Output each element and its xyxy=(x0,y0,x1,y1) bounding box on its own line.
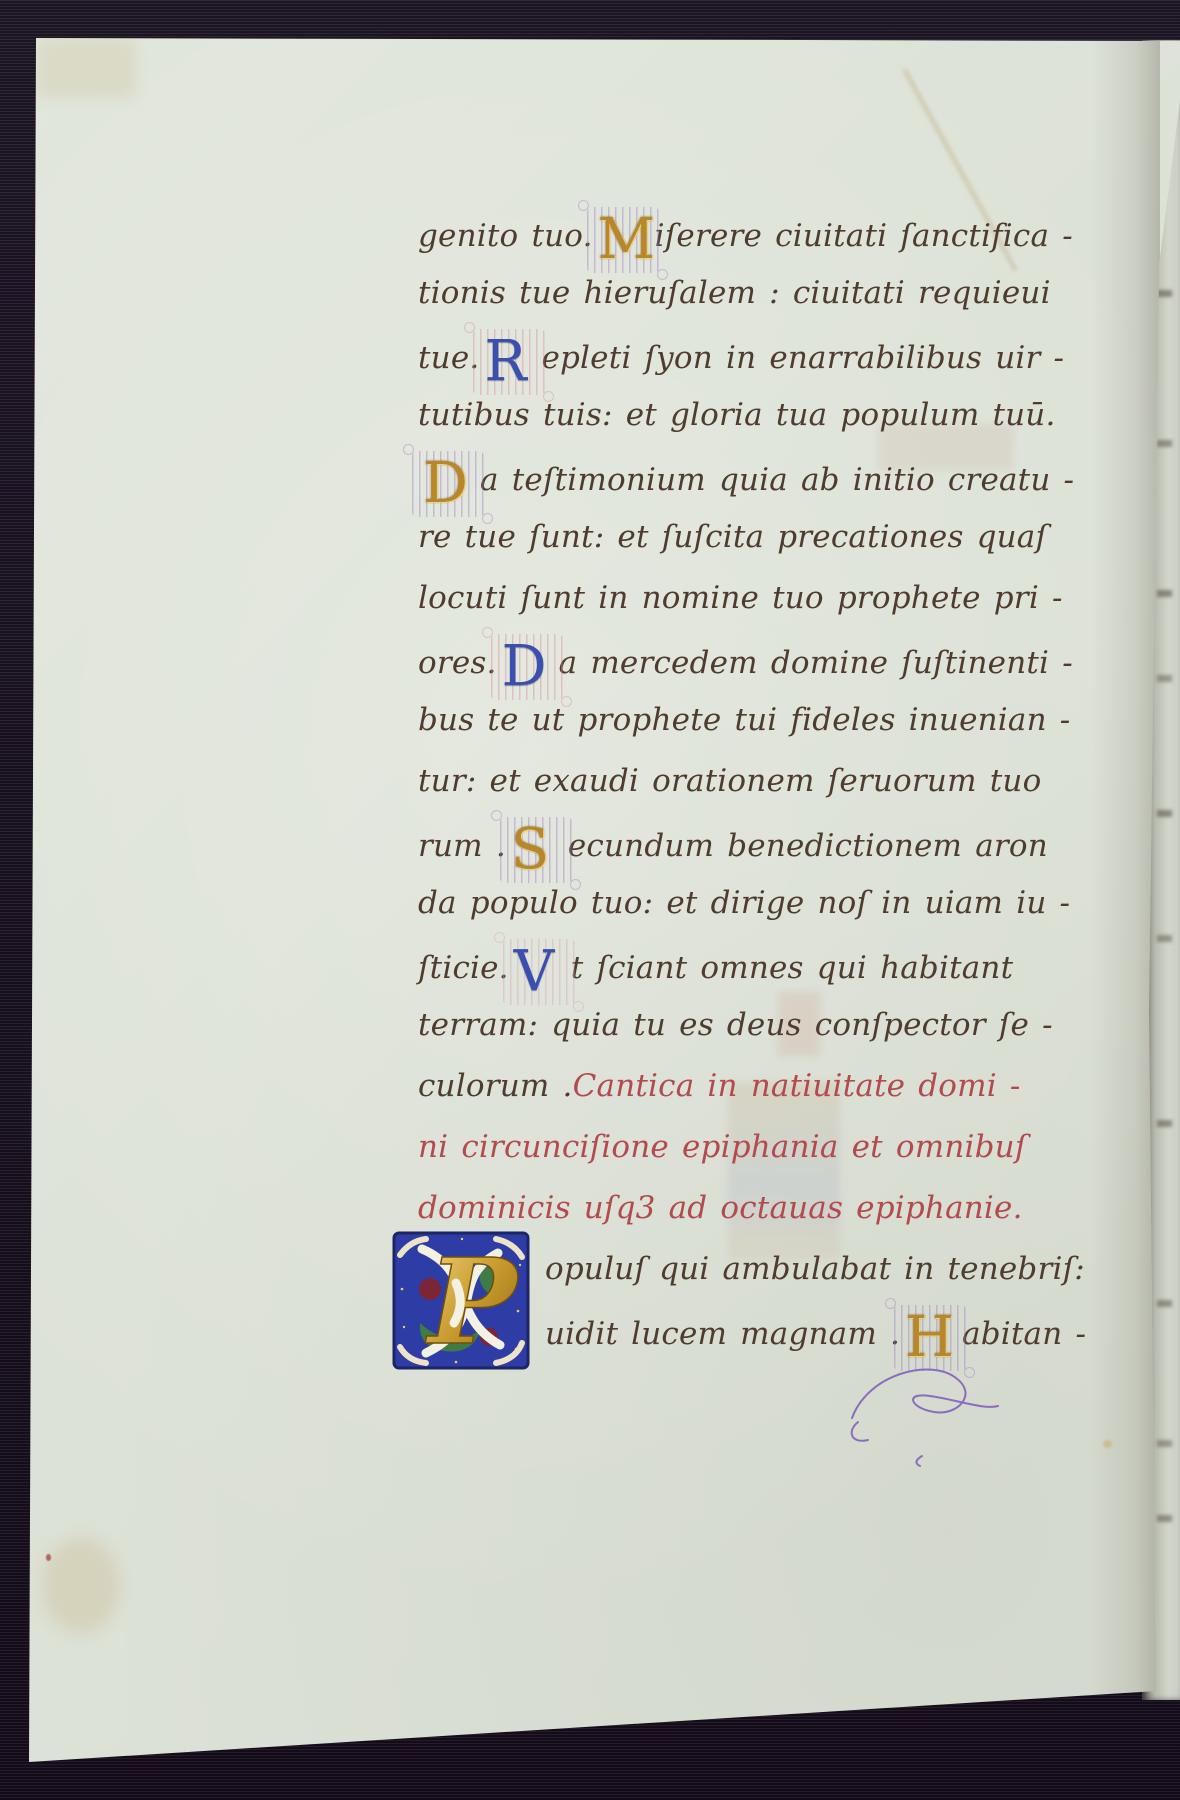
body-text: tionis tue hieruſalem : ciuitati requieu… xyxy=(418,275,1051,311)
text-line: terram: quia tu es deus conſpector ſe - xyxy=(418,1005,1053,1049)
facing-page-text-blur xyxy=(1157,290,1172,297)
text-line: re tue ſunt: et ſuſcita precationes quaſ xyxy=(418,517,1047,561)
body-text: ores. xyxy=(418,645,497,681)
body-text: terram: quia tu es deus conſpector ſe - xyxy=(418,1007,1053,1043)
text-line: Da teſtimonium quia ab initio creatu - xyxy=(418,456,1074,500)
body-text: a mercedem domine ſuſtinenti - xyxy=(559,645,1073,681)
body-text: genito tuo. xyxy=(418,218,593,254)
initial-letter: D xyxy=(502,634,547,699)
versal-initial-v: V xyxy=(514,944,564,1000)
versal-initial-d: D xyxy=(423,456,473,512)
text-line: rum .Secundum benedictionem aron xyxy=(418,822,1048,866)
text-line: bus te ut prophete tui fideles inuenian … xyxy=(418,700,1071,744)
text-line: da populo tuo: et dirige noſ in uiam iu … xyxy=(418,883,1070,927)
initial-letter: V xyxy=(514,939,555,1004)
corner-stain xyxy=(36,38,136,98)
body-text: locuti ſunt in nomine tuo prophete pri - xyxy=(418,580,1063,616)
initial-letter: M xyxy=(598,207,656,272)
body-text: t ſciant omnes qui habitant xyxy=(571,950,1014,986)
text-line: dominicis uſq3 ad octauas epiphanie. xyxy=(418,1188,1023,1232)
body-text: tutibus tuis: et gloria tua populum tuū. xyxy=(418,397,1056,433)
body-text: re tue ſunt: et ſuſcita precationes quaſ xyxy=(418,519,1047,555)
body-text: culorum . xyxy=(418,1068,573,1104)
text-line: tur: et exaudi orationem ſeruorum tuo xyxy=(418,761,1041,805)
initial-letter: P xyxy=(425,1232,520,1370)
rubric-text: dominicis uſq3 ad octauas epiphanie. xyxy=(418,1190,1023,1226)
manuscript-page: genito tuo.Miſerere ciuitati ſanctifica … xyxy=(0,0,1180,1800)
versal-initial-s: S xyxy=(511,822,561,878)
pen-flourish xyxy=(838,1352,1008,1472)
versal-initial-m: M xyxy=(598,212,648,268)
body-text: rum . xyxy=(418,828,506,864)
body-text: da populo tuo: et dirige noſ in uiam iu … xyxy=(418,885,1070,921)
body-text: opuluſ qui ambulabat in tenebriſ: xyxy=(545,1251,1085,1287)
illuminated-initial-p: P xyxy=(392,1231,530,1370)
foxing-stain xyxy=(42,1538,120,1633)
body-text: abitan - xyxy=(962,1316,1086,1352)
body-text: iſerere ciuitati ſanctifica - xyxy=(655,218,1073,254)
text-line: tutibus tuis: et gloria tua populum tuū. xyxy=(418,395,1056,439)
text-line: uidit lucem magnam .Habitan - xyxy=(545,1310,1086,1354)
initial-letter: D xyxy=(423,451,468,516)
body-text: uidit lucem magnam . xyxy=(545,1316,900,1352)
body-text: ſticie. xyxy=(418,950,509,986)
text-line: ſticie.Vt ſciant omnes qui habitant xyxy=(418,944,1013,988)
body-text: tur: et exaudi orationem ſeruorum tuo xyxy=(418,763,1041,799)
text-line: locuti ſunt in nomine tuo prophete pri - xyxy=(418,578,1063,622)
text-line: ores.Da mercedem domine ſuſtinenti - xyxy=(418,639,1073,683)
body-text: epleti ſyon in enarrabilibus uir - xyxy=(541,340,1064,376)
body-text: a teſtimonium quia ab initio creatu - xyxy=(480,462,1074,498)
red-speck-stain xyxy=(46,1554,51,1561)
versal-initial-d: D xyxy=(502,639,552,695)
rubric-text: Cantica in natiuitate domi - xyxy=(573,1068,1021,1104)
body-text: tue. xyxy=(418,340,479,376)
page-gutter-shading xyxy=(1090,30,1160,1700)
body-text: bus te ut prophete tui fideles inuenian … xyxy=(418,702,1071,738)
initial-letter: R xyxy=(484,329,526,394)
text-line: tue.Repleti ſyon in enarrabilibus uir - xyxy=(418,334,1064,378)
body-text: ecundum benedictionem aron xyxy=(568,828,1048,864)
rubric-text: ni circunciſione epiphania et omnibuſ xyxy=(418,1129,1027,1165)
text-line: opuluſ qui ambulabat in tenebriſ: xyxy=(545,1249,1085,1293)
text-line: genito tuo.Miſerere ciuitati ſanctifica … xyxy=(418,212,1073,256)
text-line: culorum .Cantica in natiuitate domi - xyxy=(418,1066,1021,1110)
initial-letter: S xyxy=(511,817,550,882)
versal-initial-r: R xyxy=(484,334,534,390)
text-line: tionis tue hieruſalem : ciuitati requieu… xyxy=(418,273,1051,317)
text-line: ni circunciſione epiphania et omnibuſ xyxy=(418,1127,1027,1171)
